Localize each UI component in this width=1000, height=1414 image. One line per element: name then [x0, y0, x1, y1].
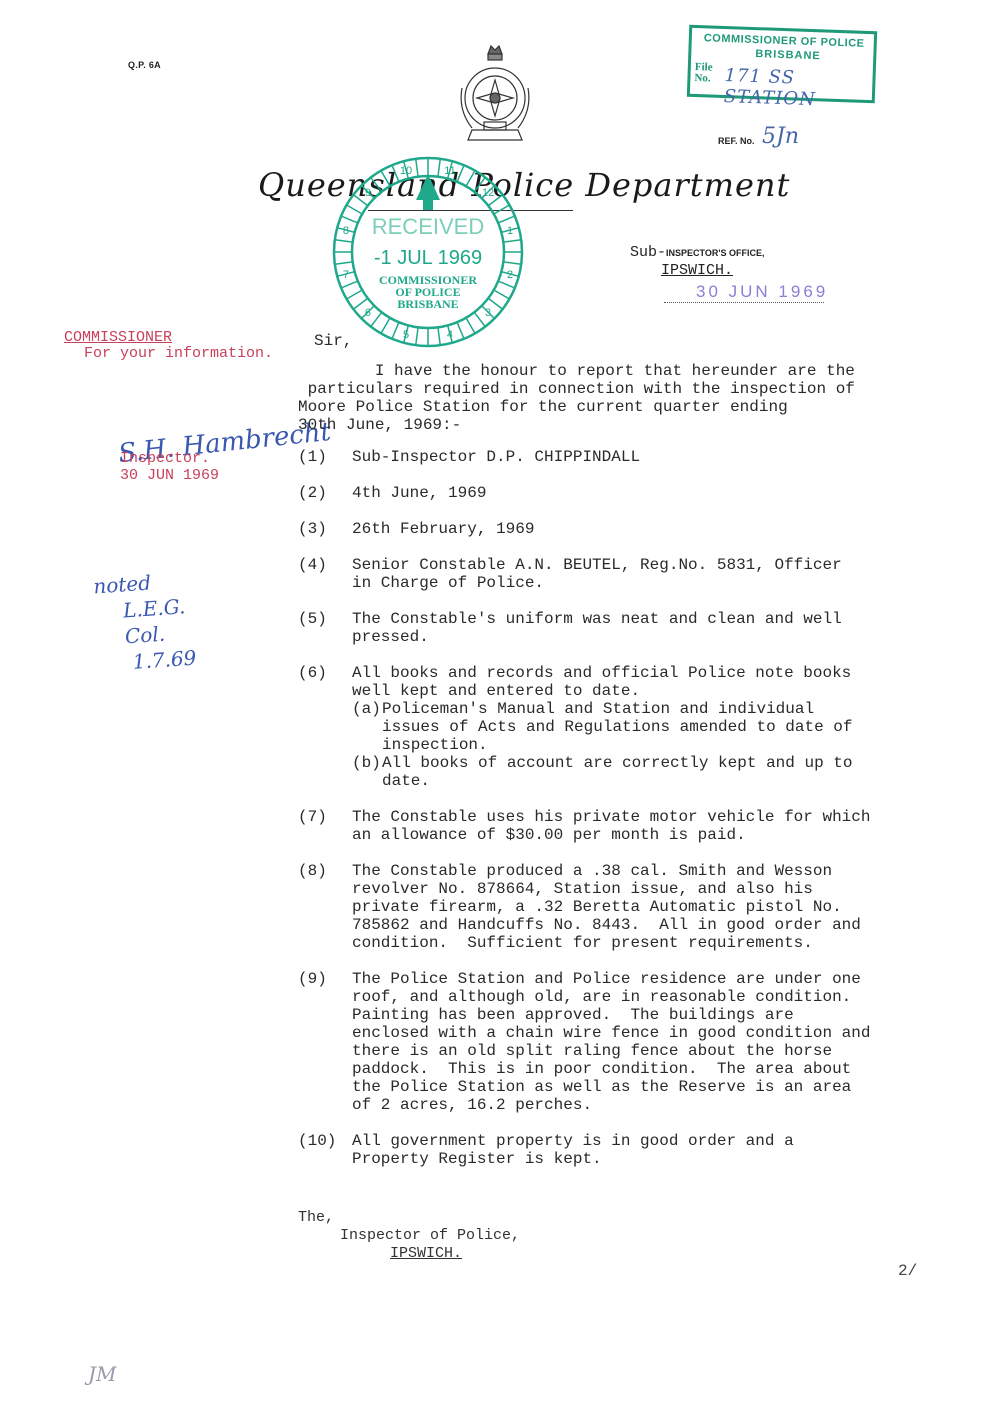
report-item: (3)26th February, 1969	[298, 520, 938, 538]
item-text: The Constable produced a .38 cal. Smith …	[352, 862, 938, 952]
office-city: IPSWICH.	[661, 262, 733, 279]
svg-text:7: 7	[343, 269, 349, 281]
margin-commissioner-note: COMMISSIONER For your information.	[64, 330, 273, 362]
report-item: (5)The Constable's uniform was neat and …	[298, 610, 938, 646]
report-items: (1)Sub-Inspector D.P. CHIPPINDALL(2)4th …	[298, 448, 938, 1168]
report-item: (1)Sub-Inspector D.P. CHIPPINDALL	[298, 448, 938, 466]
item-text: Sub-Inspector D.P. CHIPPINDALL	[352, 448, 938, 466]
item-text: The Constable's uniform was neat and cle…	[352, 610, 938, 646]
item-number: (7)	[298, 808, 352, 844]
margin-for-info: For your information.	[64, 346, 273, 362]
subitem-text: All books of account are correctly kept …	[382, 754, 938, 790]
svg-text:5: 5	[403, 329, 409, 341]
office-date-stamp: 30 JUN 1969	[696, 282, 828, 302]
svg-text:RECEIVED: RECEIVED	[372, 214, 484, 239]
svg-text:8: 8	[343, 225, 349, 237]
noted-annotation: noted L.E.G. Col. 1.7.69	[92, 567, 197, 678]
date-dotted-line	[664, 302, 824, 303]
item-text: All books and records and official Polic…	[352, 664, 938, 790]
item-text: Senior Constable A.N. BEUTEL, Reg.No. 58…	[352, 556, 938, 592]
report-subitem: (a)Policeman's Manual and Station and in…	[352, 700, 938, 754]
svg-text:1: 1	[507, 225, 513, 237]
letter-body: I have the honour to report that hereund…	[298, 362, 938, 1186]
item-number: (2)	[298, 484, 352, 502]
salutation: Sir,	[314, 332, 352, 350]
svg-text:9: 9	[365, 187, 371, 199]
item-number: (6)	[298, 664, 352, 790]
report-item: (9)The Police Station and Police residen…	[298, 970, 938, 1114]
item-text: 4th June, 1969	[352, 484, 938, 502]
queensland-police-crest-icon	[450, 40, 540, 150]
svg-text:11: 11	[444, 165, 455, 177]
report-item: (7)The Constable uses his private motor …	[298, 808, 938, 844]
file-number-handwritten: 171 SS STATION	[723, 65, 872, 112]
report-item: (4)Senior Constable A.N. BEUTEL, Reg.No.…	[298, 556, 938, 592]
report-subitem: (b)All books of account are correctly ke…	[352, 754, 938, 790]
report-item: (8)The Constable produced a .38 cal. Smi…	[298, 862, 938, 952]
item-text: The Constable uses his private motor veh…	[352, 808, 938, 844]
report-item: (6)All books and records and official Po…	[298, 664, 938, 790]
subitem-text: Policeman's Manual and Station and indiv…	[382, 700, 938, 754]
addressee-block: The, Inspector of Police, IPSWICH.	[298, 1209, 520, 1263]
svg-text:10: 10	[400, 165, 412, 177]
item-number: (3)	[298, 520, 352, 538]
svg-text:12: 12	[482, 187, 494, 199]
report-item: (2)4th June, 1969	[298, 484, 938, 502]
continuation-mark: 2/	[898, 1262, 917, 1280]
item-number: (5)	[298, 610, 352, 646]
office-label: Sub-INSPECTOR'S OFFICE,	[630, 244, 765, 261]
item-text: All government property is in good order…	[352, 1132, 938, 1168]
svg-text:6: 6	[365, 307, 371, 319]
subitem-number: (b)	[352, 754, 382, 790]
intro-paragraph: I have the honour to report that hereund…	[298, 362, 938, 434]
item-number: (4)	[298, 556, 352, 592]
file-stamp-line2: BRISBANE	[755, 48, 821, 62]
item-number: (9)	[298, 970, 352, 1114]
item-text: 26th February, 1969	[352, 520, 938, 538]
ref-value-handwritten: 5Jn	[762, 124, 799, 149]
item-number: (10)	[298, 1132, 352, 1168]
file-registry-stamp: COMMISSIONER OF POLICE BRISBANE FileNo. …	[687, 25, 877, 104]
file-stamp-label: FileNo.	[694, 62, 712, 85]
ref-label: REF. No.	[718, 136, 755, 146]
file-stamp-line1: COMMISSIONER OF POLICE	[704, 32, 865, 50]
form-code: Q.P. 6A	[128, 60, 161, 70]
svg-text:2: 2	[507, 269, 513, 281]
report-item: (10)All government property is in good o…	[298, 1132, 938, 1168]
item-number: (8)	[298, 862, 352, 952]
svg-text:-1 JUL 1969: -1 JUL 1969	[374, 247, 482, 269]
svg-text:4: 4	[447, 329, 453, 341]
subitem-number: (a)	[352, 700, 382, 754]
initials-annotation: JM	[88, 1362, 117, 1386]
item-text: The Police Station and Police residence …	[352, 970, 938, 1114]
margin-commissioner: COMMISSIONER	[64, 330, 273, 346]
received-stamp: 910111212345678 RECEIVED -1 JUL 1969 COM…	[320, 152, 536, 348]
svg-text:3: 3	[485, 307, 491, 319]
item-number: (1)	[298, 448, 352, 466]
inspector-stamp: Inspector. 30 JUN 1969	[120, 450, 219, 484]
svg-text:BRISBANE: BRISBANE	[397, 297, 458, 311]
